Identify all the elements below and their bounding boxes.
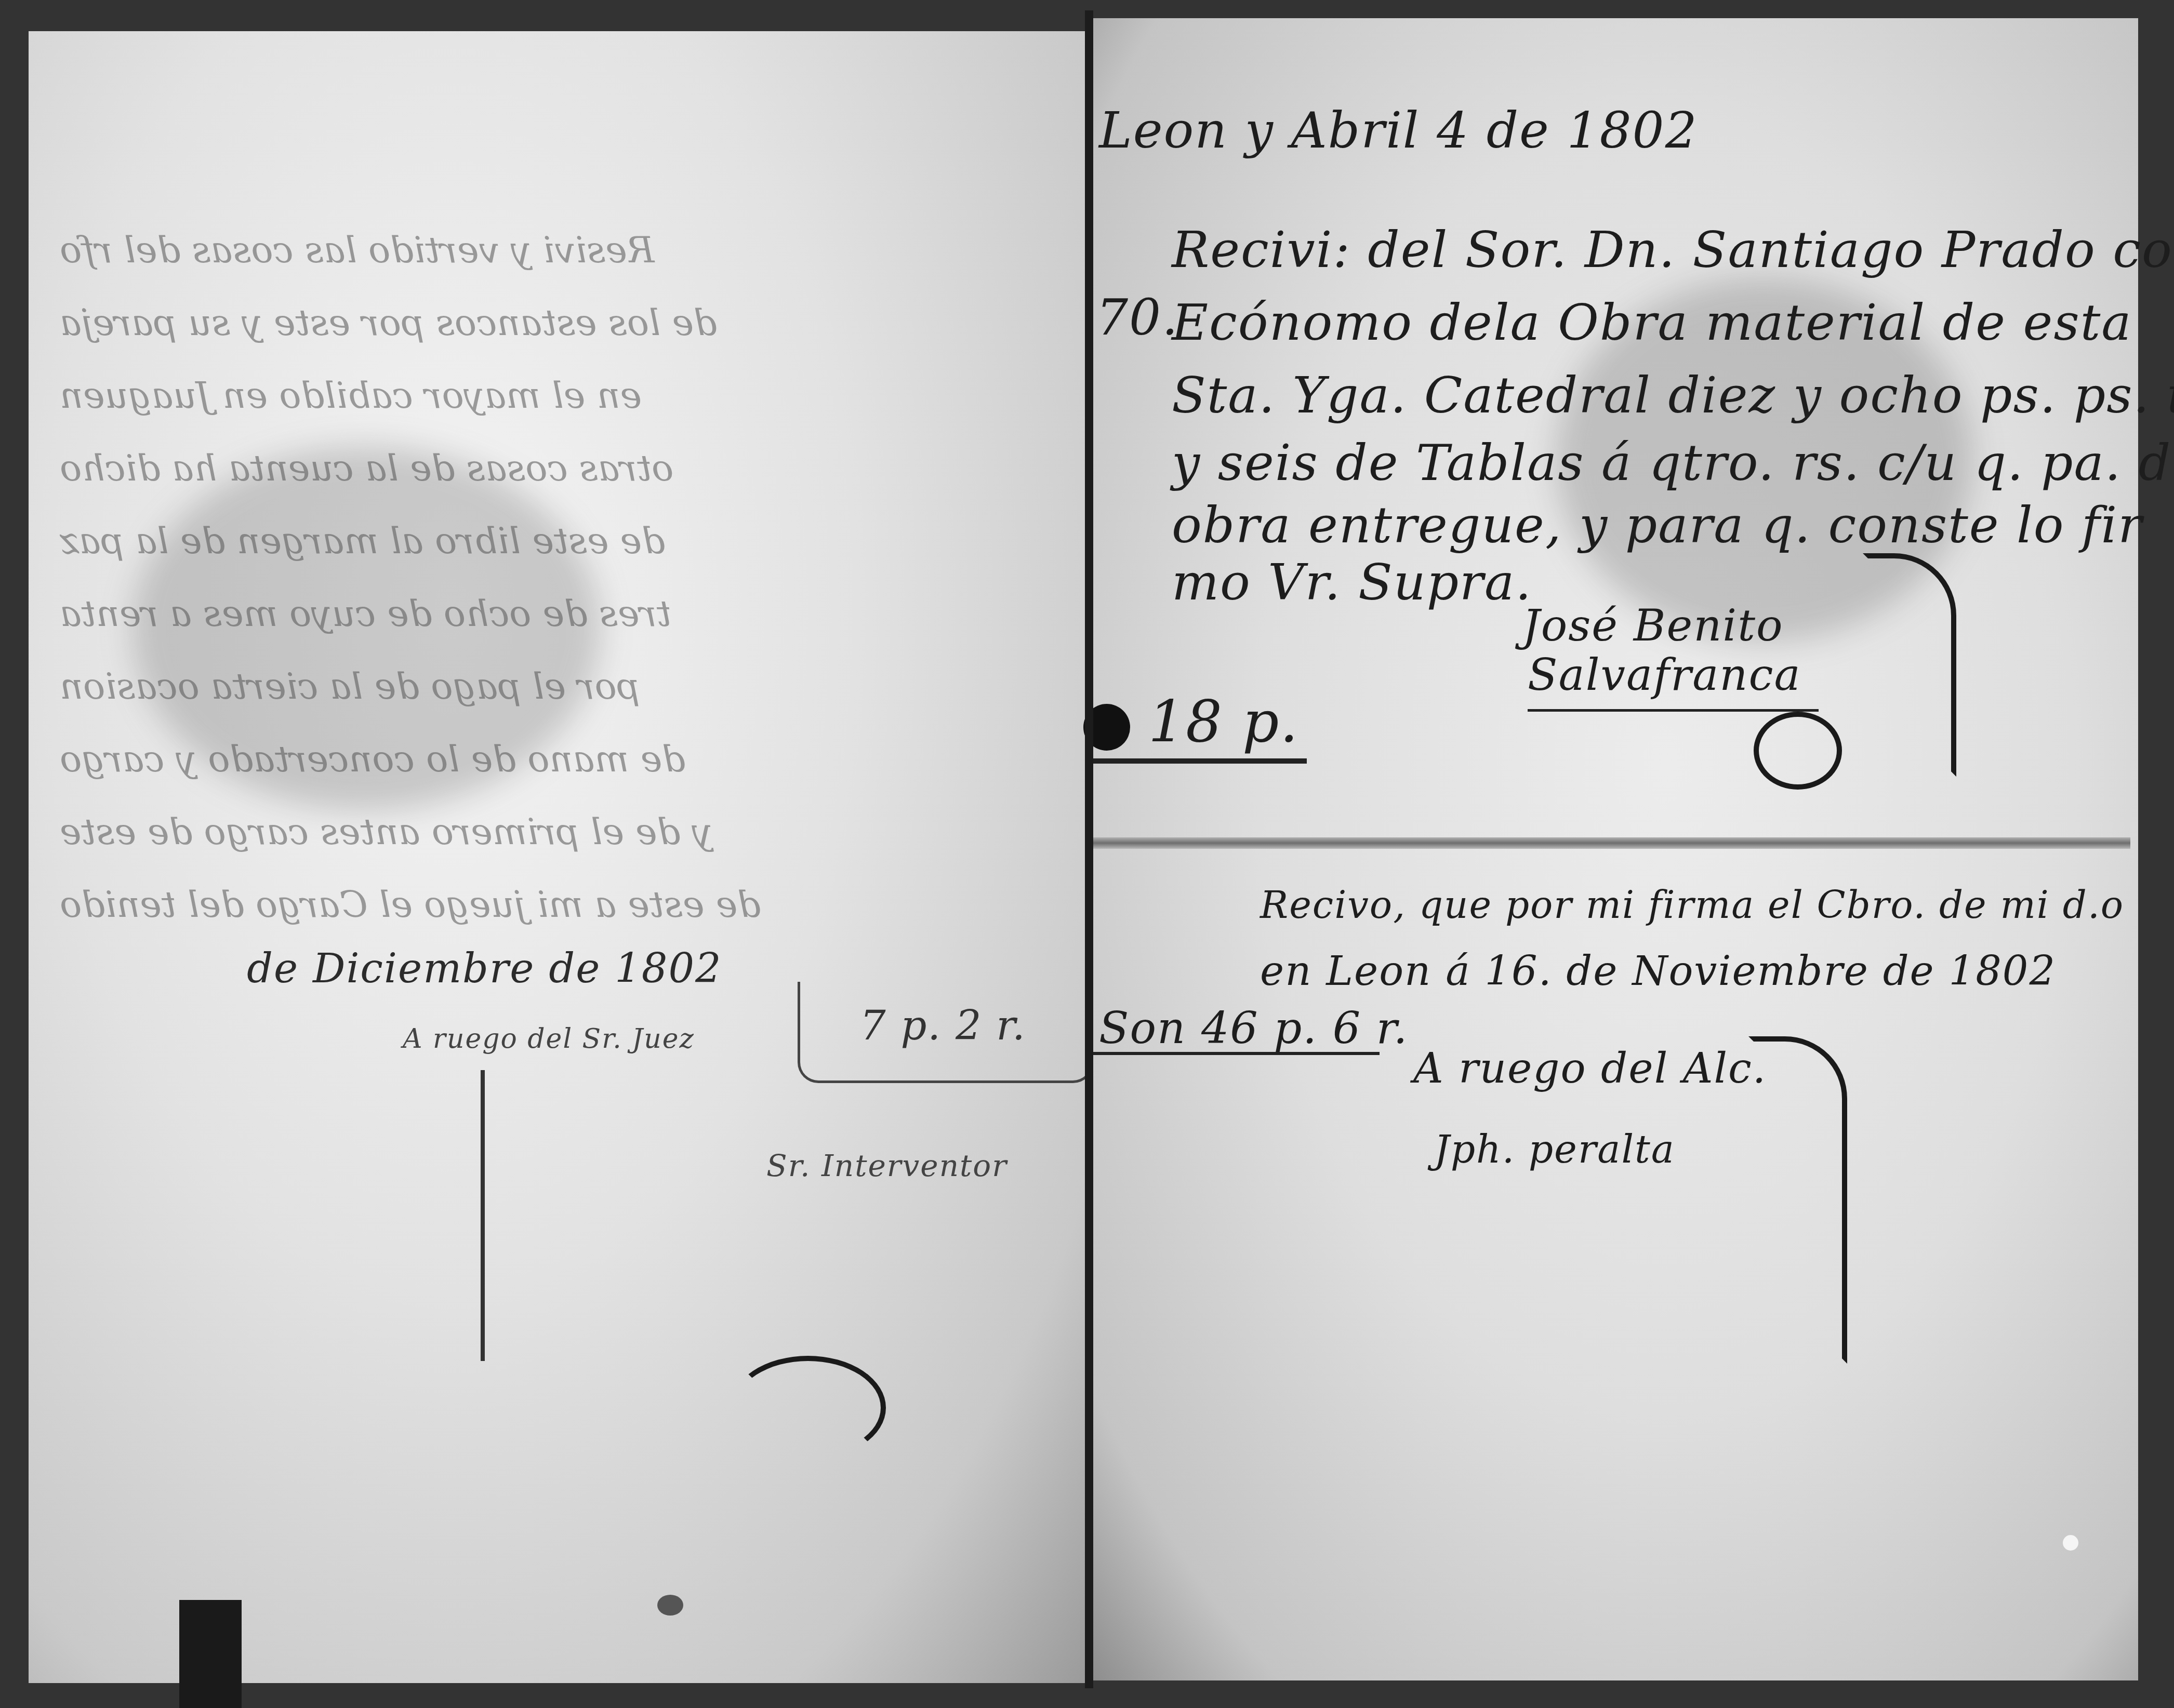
bleed-through-line: de mano de lo concertado y cargo (60, 738, 685, 780)
amount-label: 18 p. (1148, 688, 1299, 755)
right-page: Leon y Abril 4 de 1802 70. Recivi: del S… (1089, 18, 2138, 1680)
total-underline (1089, 1052, 1380, 1055)
paper-hole (2063, 1535, 2078, 1551)
receipt-line-4: y seis de Tablas á qtro. rs. c/u q. pa. … (1172, 434, 2174, 492)
left-page: Resivi y vertido las cosas del rfo de lo… (29, 31, 1089, 1683)
left-interventor-fragment: Sr. Interventor (766, 1148, 1008, 1183)
amount-underline (1089, 758, 1307, 764)
bleed-through-line: Resivi y vertido las cosas del rfo (60, 229, 654, 271)
rubric-flourish (730, 1356, 886, 1460)
bleed-through-line: en el mayor cabildo en Juaguen (60, 374, 642, 417)
signature-name: José Benito (1522, 600, 1784, 651)
bleed-through-line: tres de ocho de cuyo mes a renta (60, 592, 671, 635)
receipt-line-1: Recivi: del Sor. Dn. Santiago Prado como (1172, 221, 2174, 279)
receipt-line-6: mo Vr. Supra. (1172, 553, 1532, 611)
ink-spot (657, 1595, 683, 1616)
amount-bracket (798, 982, 1094, 1083)
receipt-line-5: obra entregue, y para q. conste lo fir (1172, 496, 2143, 554)
bleed-through-line: por el pago de la cierta ocasion (60, 665, 640, 708)
receipt-line-3: Sta. Yga. Catedral diez y ocho ps. ps. t… (1172, 366, 2174, 424)
binding-tab (179, 1600, 242, 1708)
bleed-through-line: otras cosas de la cuenta ha dicho (60, 447, 673, 489)
signature-underline (1528, 709, 1819, 712)
paper-fold (1091, 837, 2130, 849)
total-label: Son 46 p. 6 r. (1099, 1003, 1408, 1053)
receipt-line-2: Ecónomo dela Obra material de esta (1172, 293, 2132, 352)
note-line-1: Recivo, que por mi firma el Cbro. de mi … (1260, 883, 2124, 927)
margin-number: 70. (1096, 288, 1179, 346)
signature-stroke (481, 1070, 485, 1361)
bleed-through-line: y de el primero antes cargo de este (60, 810, 712, 853)
signature-surname: Salvafranca (1528, 649, 1801, 700)
attestation-line-1: A ruego del Alc. (1413, 1044, 1767, 1092)
left-attestation-fragment: A ruego del Sr. Juez (403, 1023, 695, 1055)
binding-gutter (1085, 10, 1093, 1688)
bleed-through-line: de este a mi juego el Cargo del tenido (60, 883, 761, 926)
signature-rubric (1754, 712, 1842, 790)
rubric-flourish (1863, 553, 1956, 777)
left-date-fragment: de Diciembre de 1802 (247, 945, 722, 992)
attestation-signature: Jph. peralta (1434, 1127, 1675, 1172)
bleed-through-line: de este libro al margen de la paz (60, 519, 665, 562)
rubric-flourish (1748, 1036, 1847, 1364)
bleed-through-line: de los estancos por este y su pareja (60, 301, 717, 344)
place-date-heading: Leon y Abril 4 de 1802 (1099, 101, 1698, 159)
note-line-2: en Leon á 16. de Noviembre de 1802 (1260, 948, 2056, 995)
